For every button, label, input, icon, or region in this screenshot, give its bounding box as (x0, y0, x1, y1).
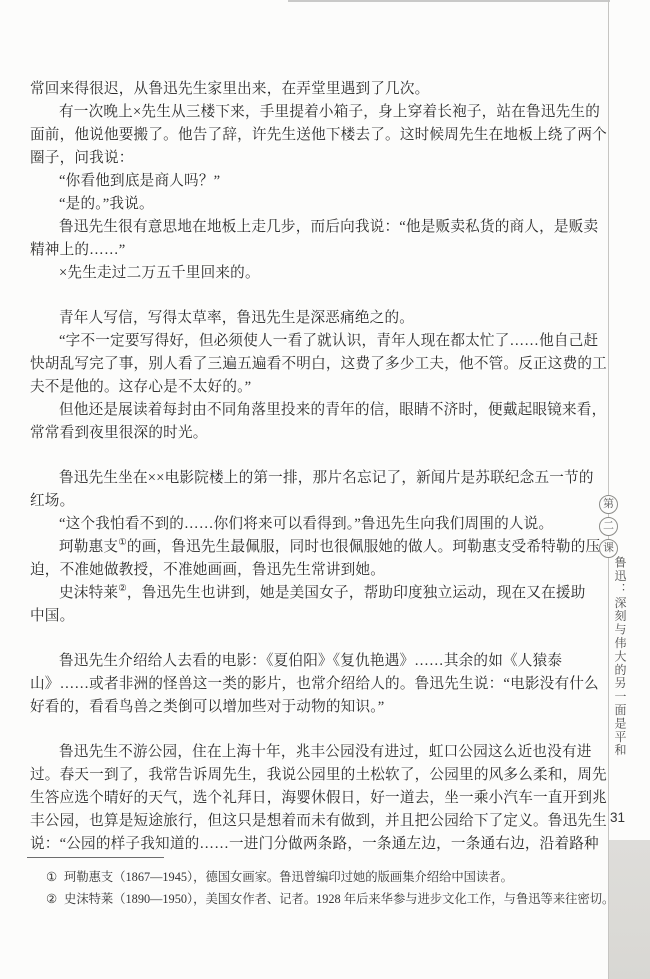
text-line: “是的。”我说。 (30, 193, 588, 216)
text-section: 鲁迅先生不游公园，住在上海十年，兆丰公园没有进过，虹口公园这么近也没有进过。春天… (30, 741, 588, 856)
text-line: 过。春天一到了，我常告诉周先生，我说公园里的土松软了，公园里的风多么柔和，周先 (30, 764, 588, 787)
footnote: ②史沫特莱（1890—1950），美国女作者、记者。1928 年后来华参与进步文… (46, 888, 606, 910)
text-line: 说：“公园的样子我知道的……一进门分做两条路，一条通左边，一条通右边，沿着路种 (30, 833, 588, 856)
paragraph: “这个我怕看不到的……你们将来可以看得到。”鲁迅先生向我们周围的人说。 (30, 513, 588, 536)
footnote-marker: ② (46, 888, 57, 910)
paragraph: 史沫特莱②，鲁迅先生也讲到，她是美国女子，帮助印度独立运动，现在又在援助中国。 (30, 582, 588, 628)
text-line: 珂勒惠支①的画，鲁迅先生最佩服，同时也很佩服她的做人。珂勒惠支受希特勒的压 (30, 536, 588, 559)
text-line: 红场。 (30, 490, 588, 513)
sidebar-rule (608, 0, 609, 979)
text-line: “你看他到底是商人吗？” (30, 170, 588, 193)
text-line: 生答应选个晴好的天气，选个礼拜日，海婴休假日，好一道去，坐一乘小汽车一直开到兆 (30, 787, 588, 810)
footnote-divider (27, 857, 164, 858)
text-line: 史沫特莱②，鲁迅先生也讲到，她是美国女子，帮助印度独立运动，现在又在援助 (30, 582, 588, 605)
paragraph: 常回来得很迟，从鲁迅先生家里出来，在弄堂里遇到了几次。 (30, 78, 588, 101)
text-section: 常回来得很迟，从鲁迅先生家里出来，在弄堂里遇到了几次。有一次晚上×先生从三楼下来… (30, 78, 588, 285)
text-line: 常常看到夜里很深的时光。 (30, 422, 588, 445)
paragraph: 鲁迅先生介绍给人去看的电影：《夏伯阳》《复仇艳遇》……其余的如《人猿泰山》……或… (30, 650, 588, 719)
paragraph: “是的。”我说。 (30, 193, 588, 216)
text-section: 鲁迅先生介绍给人去看的电影：《夏伯阳》《复仇艳遇》……其余的如《人猿泰山》……或… (30, 650, 588, 719)
paragraph: 鲁迅先生很有意思地在地板上走几步，而后向我说：“他是贩卖私货的商人，是贩卖精神上… (30, 216, 588, 262)
paragraph: 鲁迅先生坐在××电影院楼上的第一排，那片名忘记了，新闻片是苏联纪念五一节的红场。 (30, 467, 588, 513)
text-line: 鲁迅先生坐在××电影院楼上的第一排，那片名忘记了，新闻片是苏联纪念五一节的 (30, 467, 588, 490)
lesson-badge-char: 第 (599, 495, 618, 514)
paragraph: “字不一定要写得好，但必须使人一看了就认识，青年人现在都太忙了……他自己赶快胡乱… (30, 330, 588, 399)
text-line: 丰公园，也算是短途旅行，但这只是想着而未有做到，并且把公园给下了定义。鲁迅先生 (30, 810, 588, 833)
paragraph: 珂勒惠支①的画，鲁迅先生最佩服，同时也很佩服她的做人。珂勒惠支受希特勒的压迫，不… (30, 536, 588, 582)
text-line: 山》……或者非洲的怪兽这一类的影片，也常介绍给人的。鲁迅先生说：“电影没有什么 (30, 673, 588, 696)
page-number: 31 (610, 810, 625, 825)
paragraph: ×先生走过二万五千里回来的。 (30, 262, 588, 285)
text-line: 鲁迅先生很有意思地在地板上走几步，而后向我说：“他是贩卖私货的商人，是贩卖 (30, 216, 588, 239)
footnote-marker: ① (46, 866, 57, 888)
text-line: 精神上的……” (30, 239, 588, 262)
paragraph: “你看他到底是商人吗？” (30, 170, 588, 193)
text-line: 面前，他说他要搬了。他告了辞，许先生送他下楼去了。这时候周先生在地板上绕了两个 (30, 124, 588, 147)
text-section: 青年人写信，写得太草率，鲁迅先生是深恶痛绝之的。“字不一定要写得好，但必须使人一… (30, 307, 588, 445)
text-line: 快胡乱写完了事，别人看了三遍五遍看不明白，这费了多少工夫，他不管。反正这费的工 (30, 353, 588, 376)
footnote-ref: ② (118, 584, 127, 594)
text-line: 有一次晚上×先生从三楼下来，手里提着小箱子，身上穿着长袍子，站在鲁迅先生的 (30, 101, 588, 124)
scan-artifact-line (288, 0, 610, 2)
text-line: ×先生走过二万五千里回来的。 (30, 262, 588, 285)
text-line: 夫不是他的。这存心是不太好的。” (30, 376, 588, 399)
text-line: 常回来得很迟，从鲁迅先生家里出来，在弄堂里遇到了几次。 (30, 78, 588, 101)
page-edge-shading (609, 840, 650, 979)
text-line: 鲁迅先生不游公园，住在上海十年，兆丰公园没有进过，虹口公园这么近也没有进 (30, 741, 588, 764)
footnote-list: ①珂勒惠支（1867—1945），德国女画家。鲁迅曾编印过她的版画集介绍给中国读… (46, 866, 606, 910)
footnote: ①珂勒惠支（1867—1945），德国女画家。鲁迅曾编印过她的版画集介绍给中国读… (46, 866, 606, 888)
text-line: “字不一定要写得好，但必须使人一看了就认识，青年人现在都太忙了……他自己赶 (30, 330, 588, 353)
text-line: 但他还是展读着每封由不同角落里投来的青年的信，眼睛不济时，便戴起眼镜来看， (30, 399, 588, 422)
paragraph: 鲁迅先生不游公园，住在上海十年，兆丰公园没有进过，虹口公园这么近也没有进过。春天… (30, 741, 588, 856)
footnote-text: 史沫特莱（1890—1950），美国女作者、记者。1928 年后来华参与进步文化… (64, 892, 614, 906)
text-line: 迫，不准她做教授，不准她画画，鲁迅先生常讲到她。 (30, 559, 588, 582)
text-line: 中国。 (30, 605, 588, 628)
paragraph: 有一次晚上×先生从三楼下来，手里提着小箱子，身上穿着长袍子，站在鲁迅先生的面前，… (30, 101, 588, 170)
text-line: 好看的，看看鸟兽之类倒可以增加些对于动物的知识。” (30, 696, 588, 719)
text-section: 鲁迅先生坐在××电影院楼上的第一排，那片名忘记了，新闻片是苏联纪念五一节的红场。… (30, 467, 588, 628)
side-lesson-title: 鲁迅：深刻与伟大的另一面是平和 (612, 556, 629, 766)
book-page: 常回来得很迟，从鲁迅先生家里出来，在弄堂里遇到了几次。有一次晚上×先生从三楼下来… (0, 0, 650, 979)
paragraph: 青年人写信，写得太草率，鲁迅先生是深恶痛绝之的。 (30, 307, 588, 330)
body-text: 常回来得很迟，从鲁迅先生家里出来，在弄堂里遇到了几次。有一次晚上×先生从三楼下来… (30, 78, 588, 856)
text-line: 鲁迅先生介绍给人去看的电影：《夏伯阳》《复仇艳遇》……其余的如《人猿泰 (30, 650, 588, 673)
paragraph: 但他还是展读着每封由不同角落里投来的青年的信，眼睛不济时，便戴起眼镜来看，常常看… (30, 399, 588, 445)
lesson-badge-char: 二 (599, 517, 618, 536)
text-line: 圈子，问我说： (30, 147, 588, 170)
text-line: 青年人写信，写得太草率，鲁迅先生是深恶痛绝之的。 (30, 307, 588, 330)
footnote-text: 珂勒惠支（1867—1945），德国女画家。鲁迅曾编印过她的版画集介绍给中国读者… (64, 870, 513, 884)
footnote-ref: ① (118, 538, 127, 548)
text-line: “这个我怕看不到的……你们将来可以看得到。”鲁迅先生向我们周围的人说。 (30, 513, 588, 536)
